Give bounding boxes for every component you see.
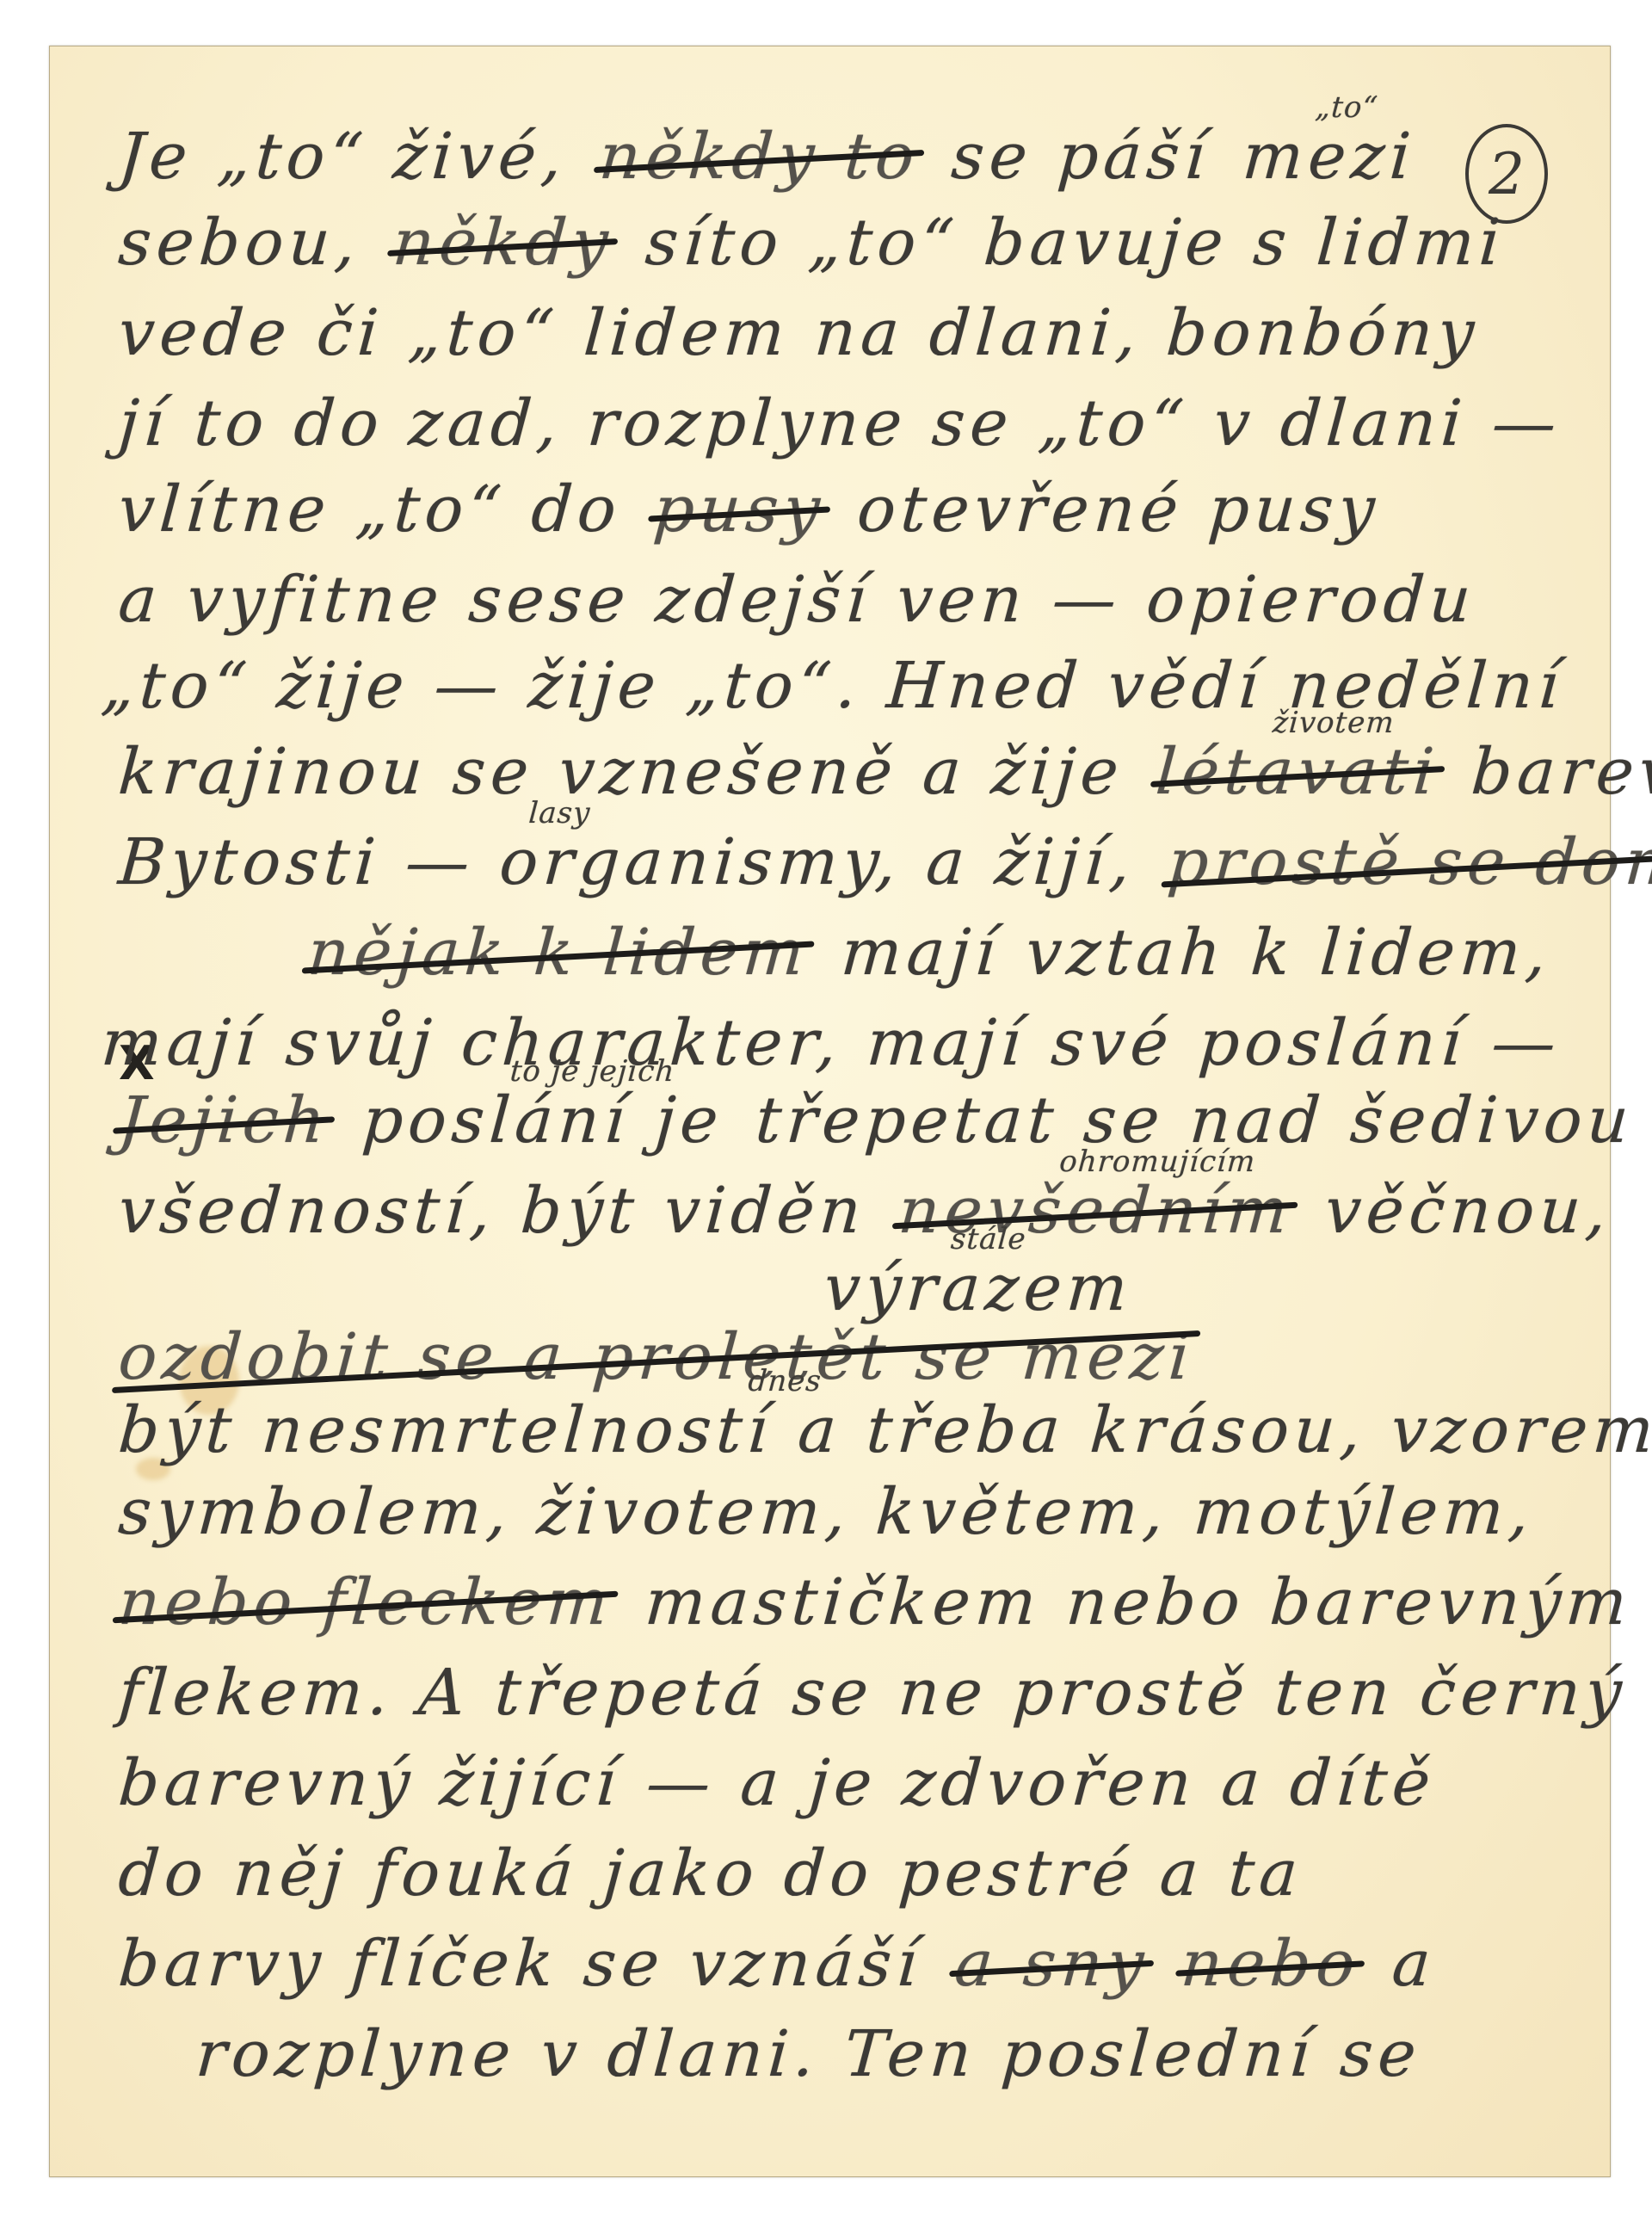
struck-text: někdy [391, 206, 615, 280]
text-segment: mají vztah k lidem, [839, 916, 1554, 990]
text-segment: se páší [949, 120, 1212, 194]
inserted-word: životem [1272, 706, 1396, 740]
text-segment: symbolem, životem, květem, motýlem, [116, 1475, 1537, 1549]
manuscript-line: výrazemstále [822, 1251, 1168, 1325]
manuscript-line: a vyfitne sese zdejší ven — opierodu [116, 563, 1511, 637]
manuscript-line: barvy flíček se vznášía snyneboa [116, 1927, 1470, 2001]
manuscript-line: rozplyne v dlani. Ten poslední se [194, 2017, 1457, 2091]
struck-text: prostě se domluví [1165, 825, 1652, 899]
manuscript-line: Jejichposlání jeto je jejichtřepetat se … [116, 1083, 1652, 1157]
text-segment: Bytosti — organismy, a žijí,lasy [116, 825, 1137, 899]
manuscript-page: 2 X Je „to“ živé,někdy tose pášímezi„to“… [49, 46, 1611, 2177]
struck-text: pusy [651, 472, 828, 546]
struck-text: nebo [1179, 1927, 1362, 2001]
manuscript-line: sebou,někdysíto „to“ bavuje s lidmi [116, 206, 1540, 280]
manuscript-line: krajinou se vznešeně a žijelétavatiživot… [116, 735, 1652, 809]
text-segment: věčnou, [1322, 1174, 1613, 1248]
text-segment: poslání jeto je jejich [360, 1083, 725, 1157]
inserted-word: ohromujícím [1058, 1145, 1257, 1179]
text-segment: barevný žijící — a je zdvořen a dítě [116, 1746, 1438, 1820]
manuscript-line: nebo fleckemmastičkem nebo barevným [116, 1565, 1652, 1639]
manuscript-line: ozdobit se a proletět se mezi [116, 1320, 1230, 1394]
manuscript-line: flekem. A třepetá se ne prostě ten černý [116, 1656, 1652, 1730]
inserted-word: dnes [747, 1364, 823, 1398]
text-segment: do něj fouká jako do pestré a ta [116, 1836, 1305, 1910]
text-segment: výrazemstále [822, 1251, 1135, 1325]
text-segment: sebou, [116, 206, 363, 280]
manuscript-line: nějak k lidemmají vztah k lidem, [305, 916, 1587, 990]
text-segment: síto „to“ bavuje s lidmi [643, 206, 1507, 280]
manuscript-line: všedností, být viděnnevšednímohromujícím… [116, 1174, 1647, 1248]
manuscript-line: být nesmrtelností a třeba krásou, vzorem… [116, 1393, 1652, 1467]
text-segment: mastičkem nebo barevným [643, 1565, 1634, 1639]
manuscript-line: do něj fouká jako do pestré a ta [116, 1836, 1338, 1910]
struck-text: Jejich [116, 1083, 332, 1157]
struck-text: a sny [952, 1927, 1151, 2001]
text-segment: otevřené pusy [855, 472, 1383, 546]
manuscript-line: vlítne „to“ dopusyotevřené pusy [116, 472, 1415, 546]
text-segment: mezi„to“ [1240, 120, 1418, 194]
text-segment: být nesmrtelností a třeba krásou, vzorem… [116, 1393, 1652, 1467]
text-segment: a [1390, 1927, 1438, 2001]
text-segment: vlítne „to“ do [116, 472, 624, 546]
text-segment: vede či „to“ lidem na dlani, bonbóny [116, 296, 1482, 370]
struck-text: ozdobit se a proletět se mezi [116, 1320, 1197, 1394]
struck-text: někdy to [597, 120, 922, 194]
text-segment: flekem. A třepetá se ne prostě ten černý [116, 1656, 1629, 1730]
manuscript-line: barevný žijící — a je zdvořen a dítě [116, 1746, 1470, 1820]
inserted-word: „to“ [1314, 90, 1379, 125]
struck-text: nebo fleckem [116, 1565, 615, 1639]
manuscript-line: Je „to“ živé,někdy tose pášímezi„to“ [116, 120, 1451, 194]
inserted-word: to je jejich [509, 1054, 675, 1089]
manuscript-line: symbolem, životem, květem, motýlem, [116, 1475, 1569, 1549]
inserted-word: lasy [527, 796, 592, 830]
text-segment: rozplyne v dlani. Ten poslední se [194, 2017, 1424, 2091]
text-segment: barevo. [1469, 735, 1652, 809]
text-segment: krajinou se vznešeně a žije [116, 735, 1126, 809]
manuscript-line: jí to do zad, rozplyne se „to“ v dlani — [116, 386, 1596, 460]
struck-text: létavatiživotem [1154, 735, 1442, 809]
manuscript-line: mají svůj charakter, mají své poslání — [99, 1006, 1596, 1080]
text-segment: mají svůj charakter, mají své poslání — [99, 1006, 1563, 1080]
text-segment: barvy flíček se vznáší [116, 1927, 925, 2001]
text-segment: Je „to“ živé, [116, 120, 570, 194]
text-segment: všedností, být viděn [116, 1174, 868, 1248]
text-segment: a vyfitne sese zdejší ven — opierodu [116, 563, 1478, 637]
struck-text: nějak k lidem [305, 916, 811, 990]
text-segment: jí to do zad, rozplyne se „to“ v dlani — [116, 386, 1563, 460]
inserted-word: stále [950, 1222, 1027, 1256]
manuscript-line: Bytosti — organismy, a žijí,lasyprostě s… [116, 825, 1652, 899]
manuscript-line: vede či „to“ lidem na dlani, bonbóny [116, 296, 1514, 370]
